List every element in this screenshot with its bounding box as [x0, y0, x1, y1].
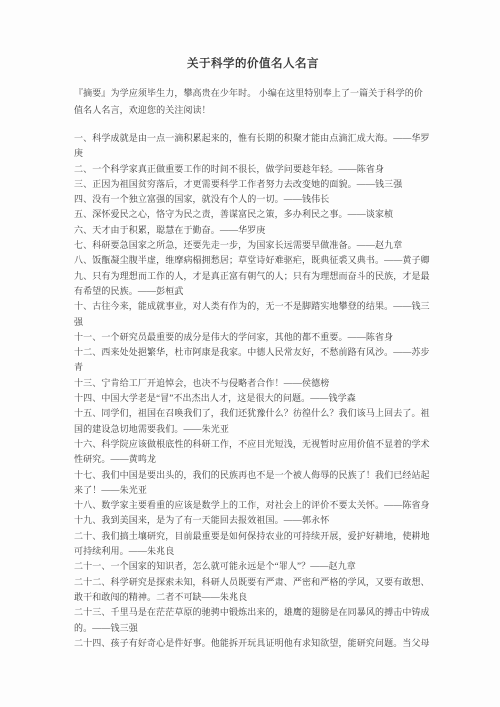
quote-item: 十九、我到美国来，是为了有一天能回去报效祖国。——郭永怀: [74, 513, 432, 528]
quote-item: 六、天才由于积累，聪慧在于勤奋。——华罗庚: [74, 223, 432, 238]
quote-item: 十八、数学家主要看重的应该是数学上的工作，对社会上的评价不要太关怀。——陈省身: [74, 498, 432, 513]
quote-item: 九、只有为理想而工作的人，才是真正富有朝气的人；只有为理想而奋斗的民族，才是最有…: [74, 269, 432, 300]
quotes-list: 一、科学成就是由一点一滴积累起来的，惟有长期的积聚才能由点滴汇成大海。——华罗庚…: [74, 131, 432, 651]
quote-item: 十三、宁肯给工厂开追悼会，也决不与侵略者合作！——侯德榜: [74, 376, 432, 391]
quote-item: 二、一个科学家真正做重要工作的时间不很长，做学问要趁年轻。——陈省身: [74, 162, 432, 177]
page-title: 关于科学的价值名人名言: [74, 56, 432, 72]
quote-item: 十一、一个研究员最重要的成分是伟大的学问家，其他的都不重要。——陈省身: [74, 330, 432, 345]
quote-item: 十七、我们中国是要出头的，我们的民族再也不是一个被人侮辱的民族了！我们已经站起来…: [74, 468, 432, 499]
quote-item: 八、饭甑凝尘腹半虚，维摩病榻拥愁居；草堂诗好难驱疟，既典征裘又典书。——黄子卿: [74, 253, 432, 268]
quote-item: 四、没有一个独立富强的国家，就没有个人的一切。——钱伟长: [74, 192, 432, 207]
quote-item: 十二、西来处处挹繁华，杜市阿康是我家。中德人民常友好，不愁前路有风沙。——苏步青: [74, 345, 432, 376]
document-page: 关于科学的价值名人名言 『摘要』为学应须毕生力，攀高贵在少年时。 小编在这里特别…: [0, 0, 500, 707]
quote-item: 十、古往今来，能成就事业，对人类有作为的，无一不是脚踏实地攀登的结果。——钱三强: [74, 299, 432, 330]
quote-item: 二十一、一个国家的知识者，怎么就可能永远是个“罪人”？——赵九章: [74, 559, 432, 574]
quote-item: 十六、科学院应该做根底性的科研工作，不应目光短浅，无视暂时应用价值不显着的学术性…: [74, 437, 432, 468]
abstract-paragraph: 『摘要』为学应须毕生力，攀高贵在少年时。 小编在这里特别奉上了一篇关于科学的价值…: [74, 85, 432, 119]
quote-item: 十四、中国大学老是“冒”不出杰出人才，这是很大的问题。——钱学森: [74, 391, 432, 406]
quote-item: 一、科学成就是由一点一滴积累起来的，惟有长期的积聚才能由点滴汇成大海。——华罗庚: [74, 131, 432, 162]
quote-item: 二十、我们搞土壤研究，目前最重要是如何保持农业的可持续开展，爱护好耕地，使耕地可…: [74, 529, 432, 560]
document-content: 关于科学的价值名人名言 『摘要』为学应须毕生力，攀高贵在少年时。 小编在这里特别…: [74, 56, 432, 651]
quote-item: 三、正因为祖国贫穷落后，才更需要科学工作者努力去改变她的面貌。——钱三强: [74, 177, 432, 192]
quote-item: 五、深怀爱民之心，恪守为民之责，善谋富民之策，多办利民之事。——谈家桢: [74, 207, 432, 222]
quote-item: 二十三、千里马是在茫茫草原的驰骋中锻炼出来的，雄鹰的翅膀是在同暴风的搏击中铸成的…: [74, 605, 432, 636]
quote-item: 七、科研要急国家之所急，还要先走一步，为国家长远需要早做准备。——赵九章: [74, 238, 432, 253]
quote-item: 十五、同学们，祖国在召唤我们了，我们还犹豫什么？彷徨什么？我们该马上回去了。祖国…: [74, 406, 432, 437]
quote-item: 二十二、科学研究是探索未知，科研人员既要有严肃、严密和严格的学风，又要有敢想、敢…: [74, 575, 432, 606]
quote-item: 二十四、孩子有好奇心是件好事。他能拆开玩具证明他有求知欲望，能研究问题。当父母: [74, 636, 432, 651]
